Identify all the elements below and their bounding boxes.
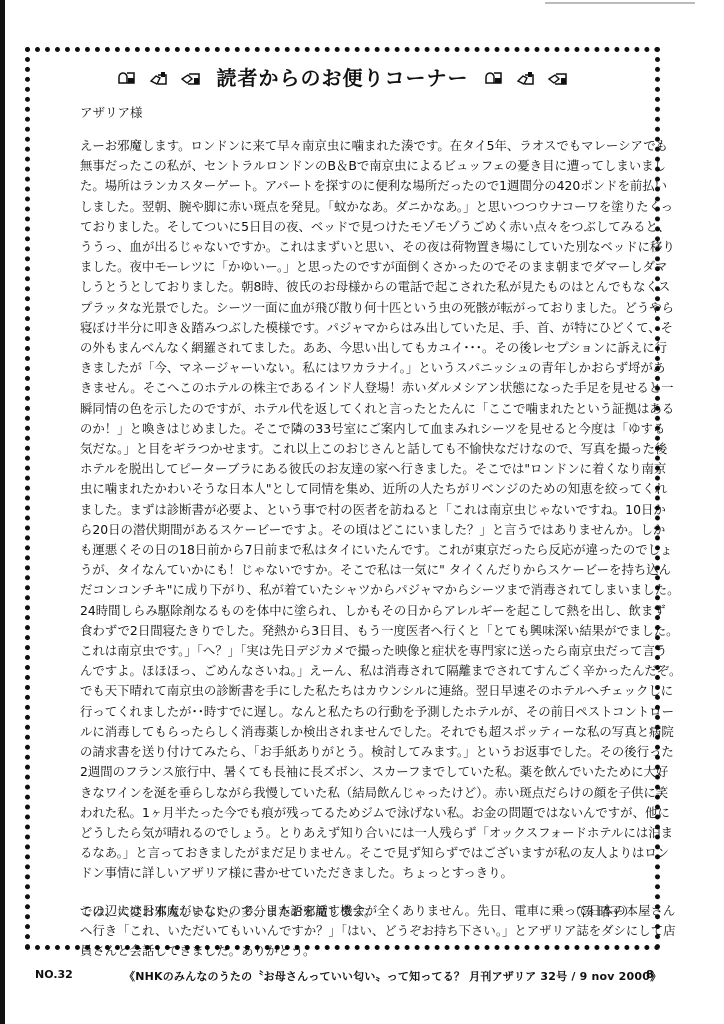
text-line: きなワインを涎を垂らしながら我慢していた私（結局飲んじゃったけど）。赤い斑点だら…: [80, 783, 635, 803]
letter-body: えーお邪魔します。ロンドンに来て早々南京虫に噛まれた湊です。在タイ5年、ラオスで…: [80, 136, 635, 978]
closing-text: では、大変お邪魔しました。多分またお邪魔します。: [80, 904, 376, 919]
signature: （湊 昭子）: [569, 902, 635, 920]
text-line: うが、タイなんていかにも！じゃないですか。そこで私は一気に" タイくんだりからス…: [80, 560, 635, 580]
header-icons-left: [115, 65, 203, 89]
text-line: きません。そこへこのホテルの株主であるインド人登場！赤いダルメシアン状態になった…: [80, 378, 635, 398]
text-line: も運悪くその日の18日前から7日前まで私はタイにいたんです。これが東京だったら反…: [80, 540, 635, 560]
text-line: でも天下晴れて南京虫の診断書を手にした私たちはカウンシルに連絡。翌日早速そのホテ…: [80, 681, 635, 701]
text-line: 24時間しらみ駆除剤なるものを体中に塗られ、しかもその日からアレルギーを起こして…: [80, 601, 635, 621]
page-title: 読者からのお便りコーナー: [217, 66, 469, 90]
text-line: の外もまんべんなく網羅されてました。ああ、今思い出してもカユイ･･･。その後レセ…: [80, 338, 635, 358]
text-line: われた私。1ヶ月半たった今でも痕が残ってるためジムで泳げない私。お金の問題ではな…: [80, 803, 635, 823]
text-line: ました。夜中モーレツに「かゆいー。」と思ったのですが面倒くさかったのでそのまま朝…: [80, 257, 635, 277]
section-header: 読者からのお便りコーナー: [30, 62, 655, 91]
scan-artifact: [545, 2, 695, 4]
text-line: プラッタな光景でした。シーツ一面に血が飛び散り何十匹という虫の死骸が転がっており…: [80, 298, 635, 318]
text-line: ホテルを脱出してピーターブラにある彼氏のお友達の家へ行きました。そこでは"ロンド…: [80, 459, 635, 479]
text-line: 寝ぼけ半分に叩き＆踏みつぶした模様です。パジャマからはみ出していた足、手、首、が…: [80, 318, 635, 338]
text-line: しうとうとしておりました。朝8時、彼氏のお母様からの電話で起こされた私が見たもの…: [80, 277, 635, 297]
text-line: 食わずで2日間寝たきりでした。発熱から3日目、もう一度医者へ行くと「とても興味深…: [80, 621, 635, 641]
text-line: ておりました。そしてついに5日目の夜、ベッドで見つけたモゾモゾうごめく赤い点々を…: [80, 217, 635, 237]
text-line: 員さんと会話してきました。ありがとう。: [80, 941, 635, 961]
text-line: た。場所はランカスターゲート。アパートを探すのに便利な場所だったので1週間分の4…: [80, 176, 635, 196]
issue-number: NO.32: [35, 968, 73, 981]
letter-frame: 読者からのお便りコーナー アザリア様 えーお邪魔します。ロンドンに来て早々南京虫…: [25, 47, 660, 950]
text-line: これは南京虫です。」「へ？」「実は先日デジカメで撮った映像と症状を専門家に送った…: [80, 641, 635, 661]
text-line: ら20日の潜伏期間があるスケービーですよ。その頃はどこにいました？」と言うではあ…: [80, 520, 635, 540]
mail-in-mailbox-icon: [149, 71, 169, 85]
text-line: 瞬同情の色を示したのですが、ホテル代を返してくれと言ったとたんに「ここで噛まれた…: [80, 399, 635, 419]
text-line: るなあ。」と言っておきましたがまだ足りません。そこで見ず知らずではございますが私…: [80, 843, 635, 863]
text-line: だコンコンチキ"に成り下がり、私が着ていたシャツからパジャマからシーツまで消毒さ…: [80, 580, 635, 600]
mailbox-icon: [117, 71, 137, 85]
open-mailbox-icon: [181, 71, 201, 85]
text-line: しました。翌朝、腕や脚に赤い斑点を発見。「蚊かなあ。ダニかなあ。」と思いつつウナ…: [80, 197, 635, 217]
text-line: どうしたら気が晴れるのでしょう。とりあえず知り合いには一人残らず「オックスフォー…: [80, 823, 635, 843]
text-line: 無事だったこの私が、セントラルロンドンのB＆Bで南京虫によるビュッフェの憂き目に…: [80, 156, 635, 176]
header-icons-right: [482, 65, 570, 89]
open-mailbox-icon: [548, 71, 568, 85]
text-line: ううっ、血が出るじゃないですか。これはまずいと思い、その夜は荷物置き場にしていた…: [80, 237, 635, 257]
paragraph-1: えーお邪魔します。ロンドンに来て早々南京虫に噛まれた湊です。在タイ5年、ラオスで…: [80, 136, 635, 884]
footer-caption: 《NHKのみんなのうたの〝お母さんっていい匂い〟って知ってる？ 月刊アザリア 3…: [124, 968, 661, 984]
salutation: アザリア様: [80, 103, 143, 121]
text-line: 虫に噛まれたかわいそうな日本人"として同情を集め、近所の人たちがリベンジのための…: [80, 479, 635, 499]
text-line: んですよ。ほほほっ、ごめんなさいね。」えーん、私は消毒されて隔離までされてすんご…: [80, 661, 635, 681]
mail-in-mailbox-icon: [516, 71, 536, 85]
text-line: へ行き「これ、いただいてもいいんですか？」「はい、どうぞお持ち下さい。」とアザリ…: [80, 921, 635, 941]
text-line: 気だな。」と目をギラつかせます。これ以上このおじさんと話しても不愉快なだけなので…: [80, 439, 635, 459]
text-line: ルに消毒してもらったらしく消毒薬しか検出されませんでした。それでも超スポッティー…: [80, 722, 635, 742]
text-line: のか！」と喚きはじめました。そこで隣の33号室にご案内して血まみれシーツを見せる…: [80, 419, 635, 439]
page-number: 8: [646, 968, 654, 981]
text-line: ました。まずは診断書が必要よ、という事で村の医者を訪ねると「これは南京虫じゃない…: [80, 500, 635, 520]
text-line: えーお邪魔します。ロンドンに来て早々南京虫に噛まれた湊です。在タイ5年、ラオスで…: [80, 136, 635, 156]
text-line: ドン事情に詳しいアザリア様に書かせていただきました。ちょっとすっきり。: [80, 863, 635, 883]
closing: では、大変お邪魔しました。多分またお邪魔します。 （湊 昭子）: [80, 902, 635, 920]
mailbox-icon: [484, 71, 504, 85]
text-line: きましたが「今、マネージャーいない。私にはワカラナイ。」というスパニッシュの青年…: [80, 358, 635, 378]
scan-edge-bar: [0, 0, 5, 1024]
text-line: の請求書を送り付けてみたら、「お手紙ありがとう。検討してみます。」というお返事で…: [80, 742, 635, 762]
text-line: 2週間のフランス旅行中、暑くても長袖に長ズボン、スカーフまでしていた私。薬を飲ん…: [80, 762, 635, 782]
text-line: 行ってくれましたが･･時すでに遅し。なんと私たちの行動を予測したホテルが、その前…: [80, 702, 635, 722]
